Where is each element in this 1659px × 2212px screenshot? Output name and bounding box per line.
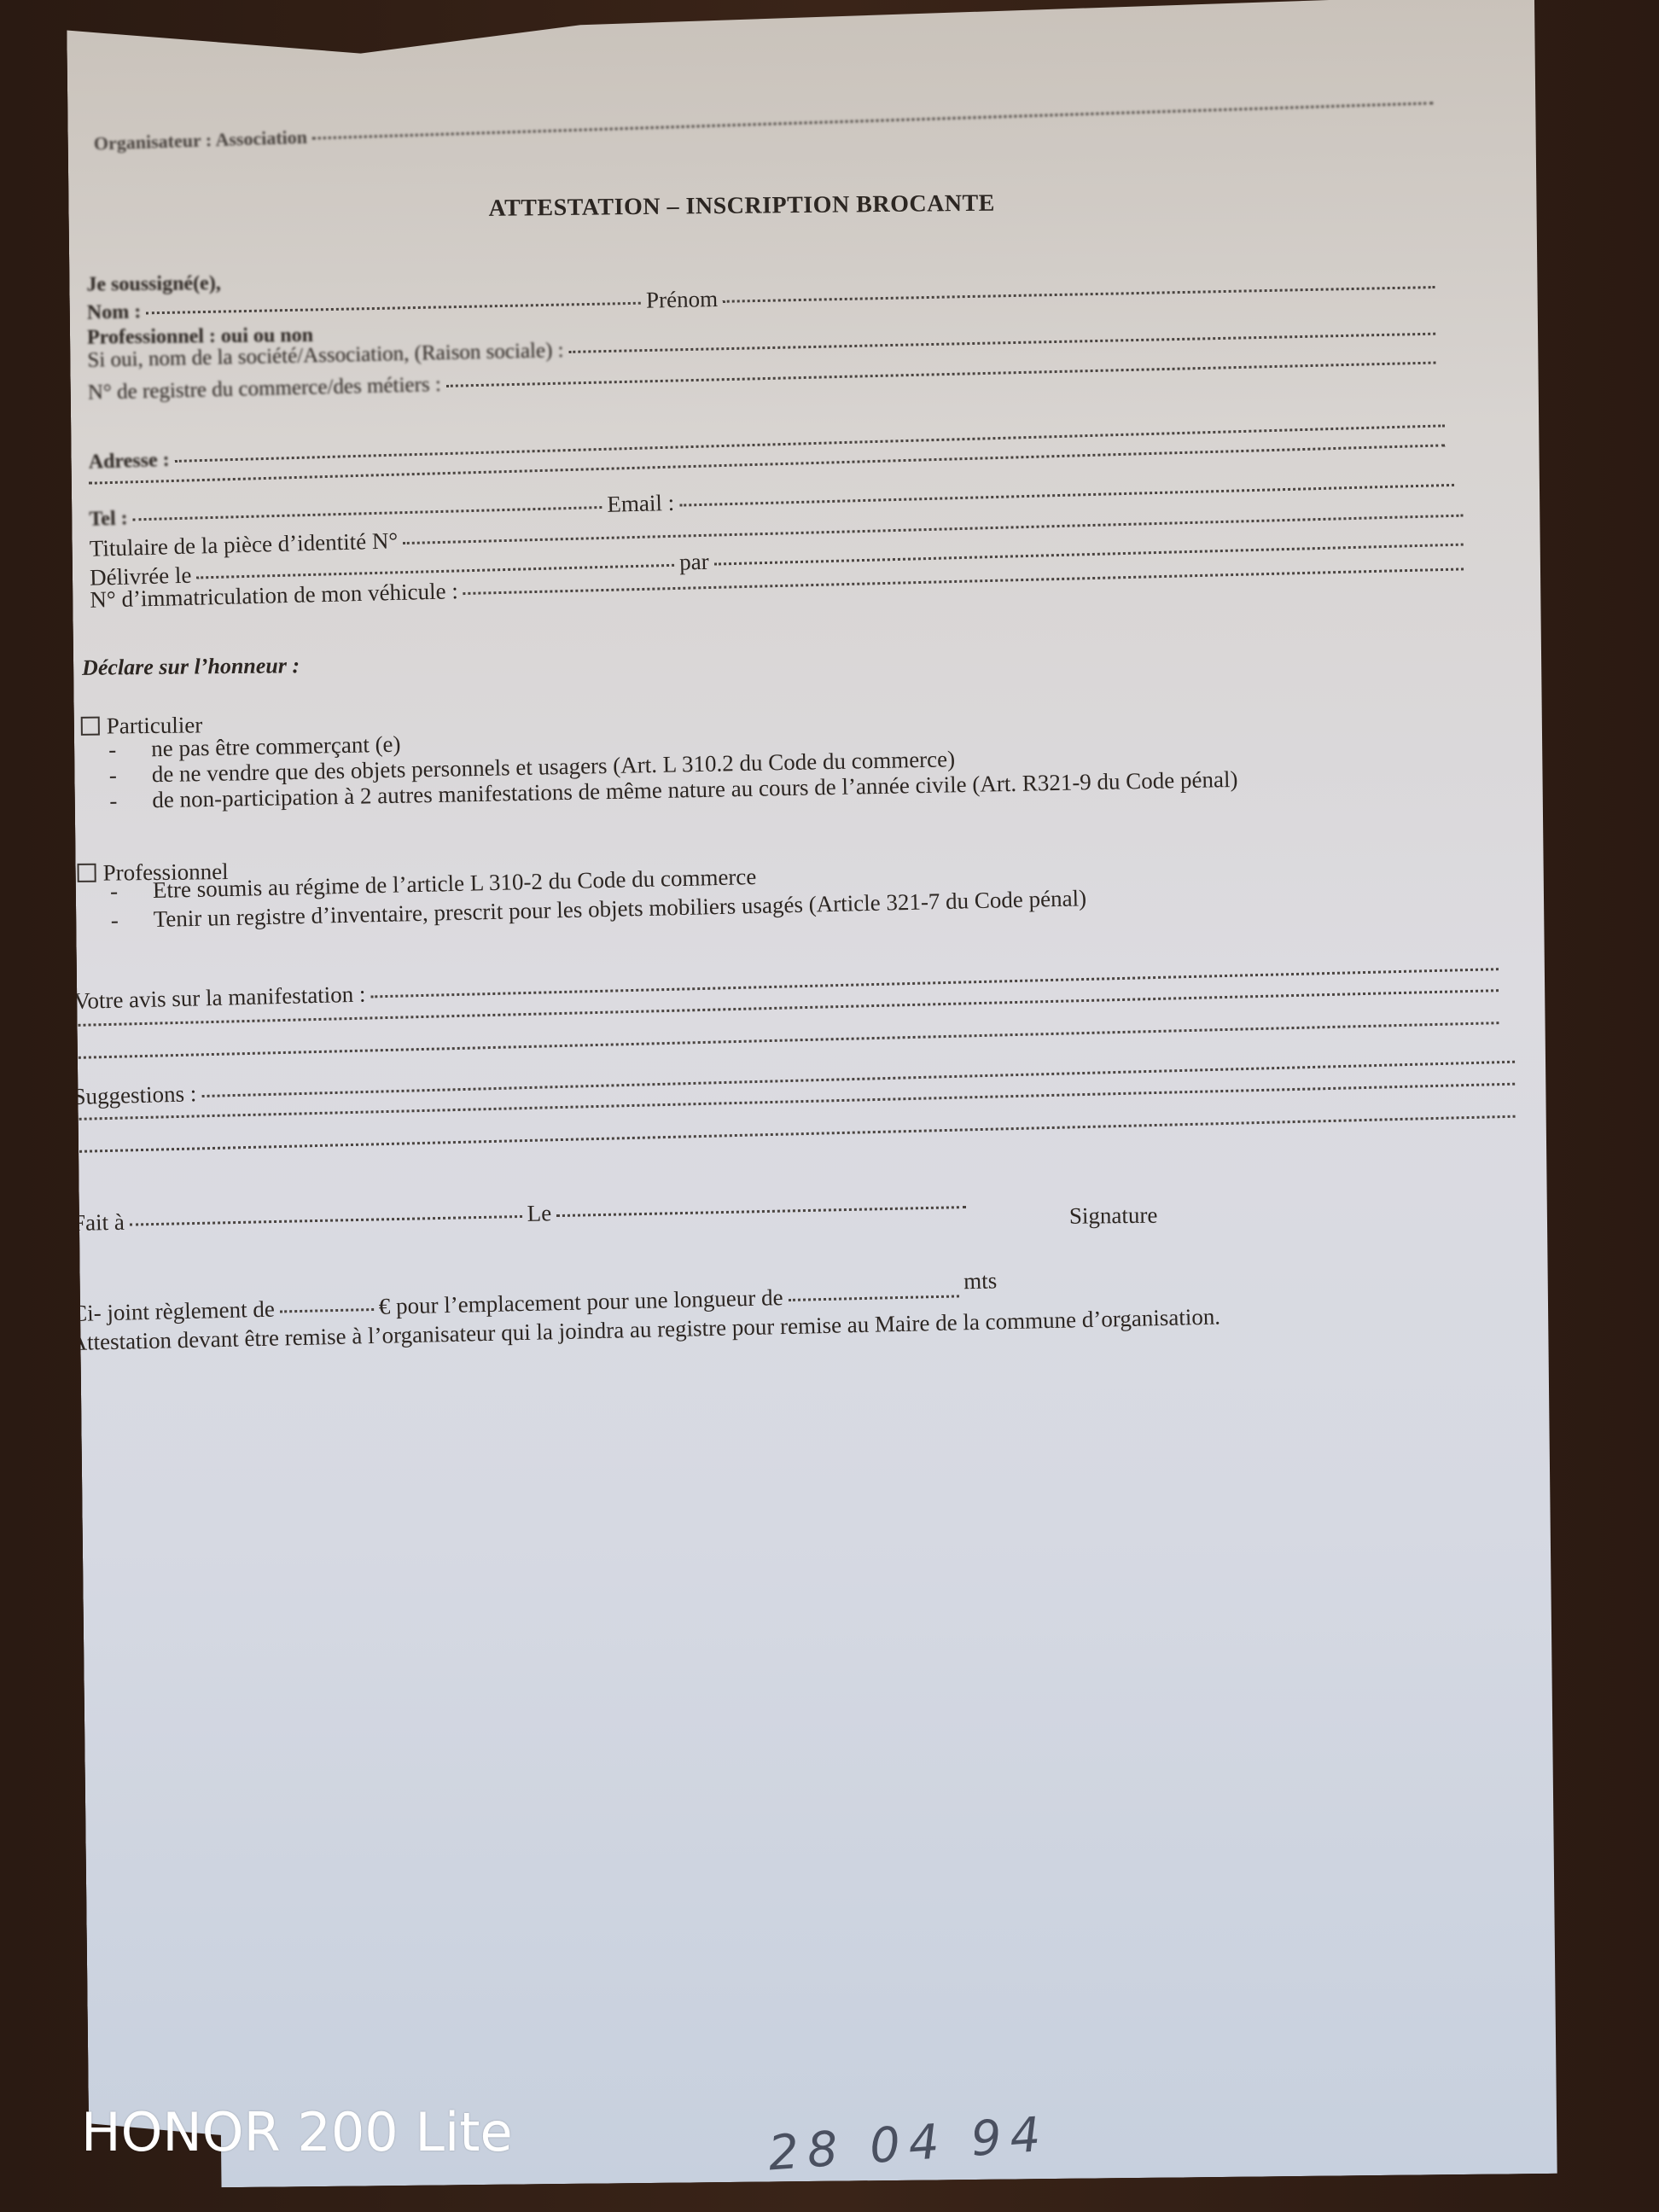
- prenom-field[interactable]: [723, 286, 1435, 303]
- reglement-middle: € pour l’emplacement pour une longueur d…: [378, 1286, 783, 1318]
- bullet-icon: -: [84, 879, 154, 904]
- nom-label: Nom :: [87, 302, 142, 323]
- reglement-amount-field[interactable]: [280, 1308, 374, 1313]
- societe-field[interactable]: [569, 333, 1436, 353]
- avis-label: Votre avis sur la manifestation :: [73, 983, 366, 1013]
- fait-a-field[interactable]: [130, 1215, 522, 1226]
- email-label: Email :: [607, 492, 674, 516]
- reglement-length-field[interactable]: [789, 1295, 959, 1301]
- declaration-heading: Déclare sur l’honneur :: [82, 655, 300, 679]
- suggestions-field[interactable]: [201, 1061, 1515, 1097]
- particulier-items: - ne pas être commerçant (e) - de ne ven…: [83, 717, 1238, 816]
- registre-label: N° de registre du commerce/des métiers :: [88, 374, 441, 404]
- suggestions-label: Suggestions :: [73, 1082, 196, 1109]
- prenom-label: Prénom: [646, 288, 719, 312]
- organizer-row: Organisateur : Association: [94, 92, 1434, 153]
- option-particulier-label: Particulier: [107, 713, 203, 737]
- tel-label: Tel :: [89, 509, 128, 530]
- piece-identite-label: Titulaire de la pièce d’identité N°: [89, 529, 398, 560]
- organizer-field[interactable]: [312, 102, 1433, 139]
- page-title: ATTESTATION – INSCRIPTION BROCANTE: [488, 192, 995, 221]
- reglement-prefix: Ci- joint règlement de: [72, 1298, 275, 1325]
- checkbox-particulier[interactable]: [81, 717, 100, 736]
- avis-row: Votre avis sur la manifestation :: [73, 955, 1499, 1013]
- bullet-icon: -: [84, 763, 153, 788]
- declaration-heading-text: Déclare sur l’honneur :: [82, 655, 300, 679]
- le-date-field[interactable]: [556, 1206, 966, 1217]
- fait-le-row: Fait à Le: [73, 1192, 1011, 1235]
- bullet-icon: -: [84, 908, 154, 933]
- signature-label-row: Signature: [1069, 1204, 1158, 1228]
- registre-field[interactable]: [446, 362, 1436, 387]
- fait-label: Fait à: [73, 1211, 125, 1235]
- adresse-label: Adresse :: [88, 450, 170, 473]
- title-text: ATTESTATION – INSCRIPTION BROCANTE: [488, 192, 995, 221]
- nom-prenom-row: Nom : Prénom: [87, 273, 1435, 323]
- paper-sheet: Organisateur : Association ATTESTATION –…: [67, 0, 1557, 2189]
- email-field[interactable]: [679, 484, 1454, 507]
- intro-row: Je soussigné(e),: [86, 273, 221, 295]
- camera-watermark: HONOR 200 Lite: [81, 2101, 513, 2163]
- professionnel-items: - Etre soumis au régime de l’article L 3…: [84, 858, 1087, 939]
- suggestions-row: Suggestions :: [73, 1048, 1515, 1109]
- suggestions-field-line-3[interactable]: [73, 1115, 1516, 1153]
- par-label: par: [679, 550, 709, 574]
- bullet-icon: -: [84, 789, 153, 813]
- bullet-icon: -: [83, 737, 152, 762]
- intro-text: Je soussigné(e),: [86, 273, 221, 295]
- signature-label[interactable]: Signature: [1069, 1204, 1158, 1228]
- reglement-suffix: mts: [963, 1269, 998, 1293]
- organizer-label: Organisateur : Association: [94, 128, 308, 154]
- attestation-form: Organisateur : Association ATTESTATION –…: [67, 0, 1557, 2189]
- le-label: Le: [527, 1202, 551, 1225]
- tel-field[interactable]: [133, 506, 602, 521]
- nom-field[interactable]: [146, 302, 641, 315]
- list-item-text: ne pas être commerçant (e): [151, 733, 401, 761]
- adresse-field[interactable]: [175, 424, 1446, 463]
